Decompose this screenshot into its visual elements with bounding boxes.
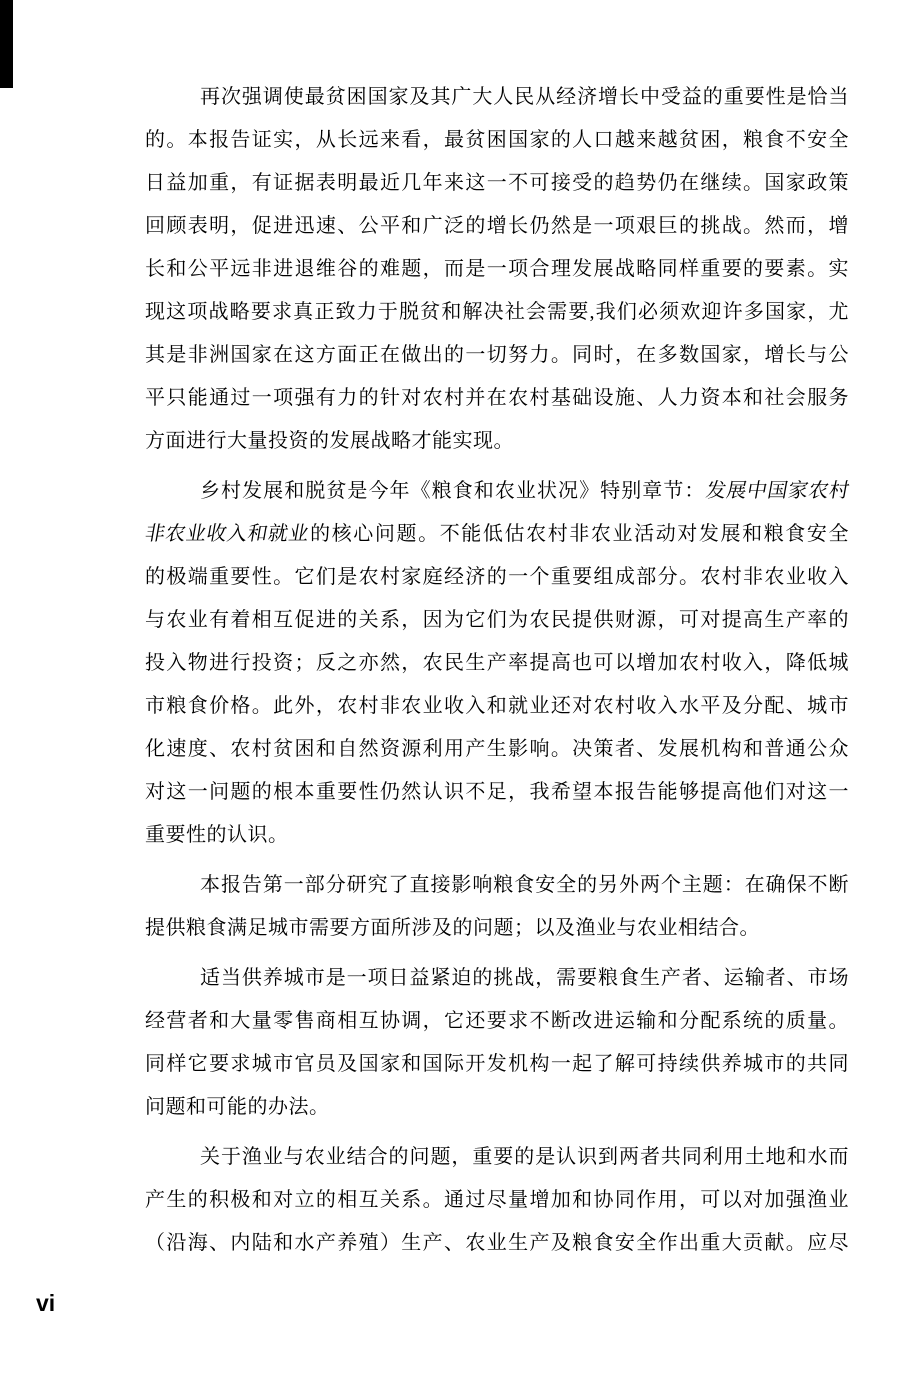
text-segment: 对这一问题的根本重要性仍然认识不足，我希望本报告能够提高他们对这一: [145, 781, 849, 803]
text-line: 重要性的认识。: [145, 814, 849, 857]
text-segment: 经营者和大量零售商相互协调，它还要求不断改进运输和分配系统的质量。: [145, 1010, 849, 1032]
paragraph: 再次强调使最贫困国家及其广大人民从经济增长中受益的重要性是恰当的。本报告证实，从…: [145, 76, 849, 463]
text-segment: （沿海、内陆和水产养殖）生产、农业生产及粮食安全作出重大贡献。应尽: [145, 1232, 849, 1254]
scan-artifact-bar: [0, 0, 13, 88]
text-segment: 现这项战略要求真正致力于脱贫和解决社会需要,我们必须欢迎许多国家，尤: [145, 301, 849, 323]
text-segment: 平只能通过一项强有力的针对农村并在农村基础设施、人力资本和社会服务: [145, 387, 849, 409]
text-line: 方面进行大量投资的发展战略才能实现。: [145, 420, 849, 463]
text-line: （沿海、内陆和水产养殖）生产、农业生产及粮食安全作出重大贡献。应尽: [145, 1222, 849, 1265]
text-line: 回顾表明，促进迅速、公平和广泛的增长仍然是一项艰巨的挑战。然而，增: [145, 205, 849, 248]
text-line: 化速度、农村贫困和自然资源利用产生影响。决策者、发展机构和普通公众: [145, 728, 849, 771]
text-segment: 再次强调使最贫困国家及其广大人民从经济增长中受益的重要性是恰当: [200, 86, 849, 108]
page-number: vi: [36, 1292, 55, 1315]
paragraph: 本报告第一部分研究了直接影响粮食安全的另外两个主题：在确保不断提供粮食满足城市需…: [145, 864, 849, 950]
text-segment: 的。本报告证实，从长远来看，最贫困国家的人口越来越贫困，粮食不安全: [145, 129, 849, 151]
text-line: 问题和可能的办法。: [145, 1086, 849, 1129]
text-segment: 长和公平远非进退维谷的难题，而是一项合理发展战略同样重要的要素。实: [145, 258, 849, 280]
text-segment: 回顾表明，促进迅速、公平和广泛的增长仍然是一项艰巨的挑战。然而，增: [145, 215, 849, 237]
text-line: 对这一问题的根本重要性仍然认识不足，我希望本报告能够提高他们对这一: [145, 771, 849, 814]
text-segment: 与农业有着相互促进的关系，因为它们为农民提供财源，可对提高生产率的: [145, 609, 849, 631]
text-segment: 本报告第一部分研究了直接影响粮食安全的另外两个主题：在确保不断: [200, 874, 849, 896]
text-line: 经营者和大量零售商相互协调，它还要求不断改进运输和分配系统的质量。: [145, 1000, 849, 1043]
italic-text-segment: 发展中国家农村: [702, 470, 853, 513]
text-line: 的极端重要性。它们是农村家庭经济的一个重要组成部分。农村非农业收入: [145, 556, 849, 599]
text-line: 的。本报告证实，从长远来看，最贫困国家的人口越来越贫困，粮食不安全: [145, 119, 849, 162]
text-segment: 乡村发展和脱贫是今年《粮食和农业状况》特别章节：: [200, 480, 706, 502]
paragraph: 关于渔业与农业结合的问题，重要的是认识到两者共同利用土地和水而产生的积极和对立的…: [145, 1136, 849, 1265]
text-line: 同样它要求城市官员及国家和国际开发机构一起了解可持续供养城市的共同: [145, 1043, 849, 1086]
paragraph: 适当供养城市是一项日益紧迫的挑战，需要粮食生产者、运输者、市场经营者和大量零售商…: [145, 957, 849, 1129]
paragraph: 乡村发展和脱贫是今年《粮食和农业状况》特别章节：发展中国家农村非农业收入和就业的…: [145, 470, 849, 857]
text-segment: 适当供养城市是一项日益紧迫的挑战，需要粮食生产者、运输者、市场: [200, 967, 849, 989]
text-line: 适当供养城市是一项日益紧迫的挑战，需要粮食生产者、运输者、市场: [145, 957, 849, 1000]
document-body: 再次强调使最贫困国家及其广大人民从经济增长中受益的重要性是恰当的。本报告证实，从…: [145, 76, 849, 1265]
text-segment: 市粮食价格。此外，农村非农业收入和就业还对农村收入水平及分配、城市: [145, 695, 849, 717]
italic-text-segment: 非农业收入和就业: [141, 513, 313, 556]
text-line: 其是非洲国家在这方面正在做出的一切努力。同时，在多数国家，增长与公: [145, 334, 849, 377]
text-segment: 提供粮食满足城市需要方面所涉及的问题；以及渔业与农业相结合。: [145, 917, 760, 939]
text-line: 乡村发展和脱贫是今年《粮食和农业状况》特别章节：发展中国家农村: [145, 470, 849, 513]
text-segment: 重要性的认识。: [145, 824, 289, 846]
text-line: 产生的积极和对立的相互关系。通过尽量增加和协同作用，可以对加强渔业: [145, 1179, 849, 1222]
text-segment: 问题和可能的办法。: [145, 1096, 330, 1118]
text-segment: 方面进行大量投资的发展战略才能实现。: [145, 430, 514, 452]
text-segment: 化速度、农村贫困和自然资源利用产生影响。决策者、发展机构和普通公众: [145, 738, 849, 760]
text-segment: 关于渔业与农业结合的问题，重要的是认识到两者共同利用土地和水而: [200, 1146, 849, 1168]
text-line: 平只能通过一项强有力的针对农村并在农村基础设施、人力资本和社会服务: [145, 377, 849, 420]
text-segment: 的核心问题。不能低估农村非农业活动对发展和粮食安全: [309, 523, 849, 545]
text-line: 关于渔业与农业结合的问题，重要的是认识到两者共同利用土地和水而: [145, 1136, 849, 1179]
text-segment: 的极端重要性。它们是农村家庭经济的一个重要组成部分。农村非农业收入: [145, 566, 849, 588]
text-line: 现这项战略要求真正致力于脱贫和解决社会需要,我们必须欢迎许多国家，尤: [145, 291, 849, 334]
text-line: 本报告第一部分研究了直接影响粮食安全的另外两个主题：在确保不断: [145, 864, 849, 907]
text-line: 投入物进行投资；反之亦然，农民生产率提高也可以增加农村收入，降低城: [145, 642, 849, 685]
text-segment: 投入物进行投资；反之亦然，农民生产率提高也可以增加农村收入，降低城: [145, 652, 849, 674]
document-page: 再次强调使最贫困国家及其广大人民从经济增长中受益的重要性是恰当的。本报告证实，从…: [0, 0, 900, 1400]
text-line: 长和公平远非进退维谷的难题，而是一项合理发展战略同样重要的要素。实: [145, 248, 849, 291]
text-segment: 产生的积极和对立的相互关系。通过尽量增加和协同作用，可以对加强渔业: [145, 1189, 849, 1211]
text-segment: 日益加重，有证据表明最近几年来这一不可接受的趋势仍在继续。国家政策: [145, 172, 849, 194]
text-line: 非农业收入和就业的核心问题。不能低估农村非农业活动对发展和粮食安全: [145, 513, 849, 556]
text-line: 与农业有着相互促进的关系，因为它们为农民提供财源，可对提高生产率的: [145, 599, 849, 642]
text-segment: 同样它要求城市官员及国家和国际开发机构一起了解可持续供养城市的共同: [145, 1053, 849, 1075]
text-line: 提供粮食满足城市需要方面所涉及的问题；以及渔业与农业相结合。: [145, 907, 849, 950]
text-segment: 其是非洲国家在这方面正在做出的一切努力。同时，在多数国家，增长与公: [145, 344, 849, 366]
text-line: 再次强调使最贫困国家及其广大人民从经济增长中受益的重要性是恰当: [145, 76, 849, 119]
text-line: 市粮食价格。此外，农村非农业收入和就业还对农村收入水平及分配、城市: [145, 685, 849, 728]
text-line: 日益加重，有证据表明最近几年来这一不可接受的趋势仍在继续。国家政策: [145, 162, 849, 205]
